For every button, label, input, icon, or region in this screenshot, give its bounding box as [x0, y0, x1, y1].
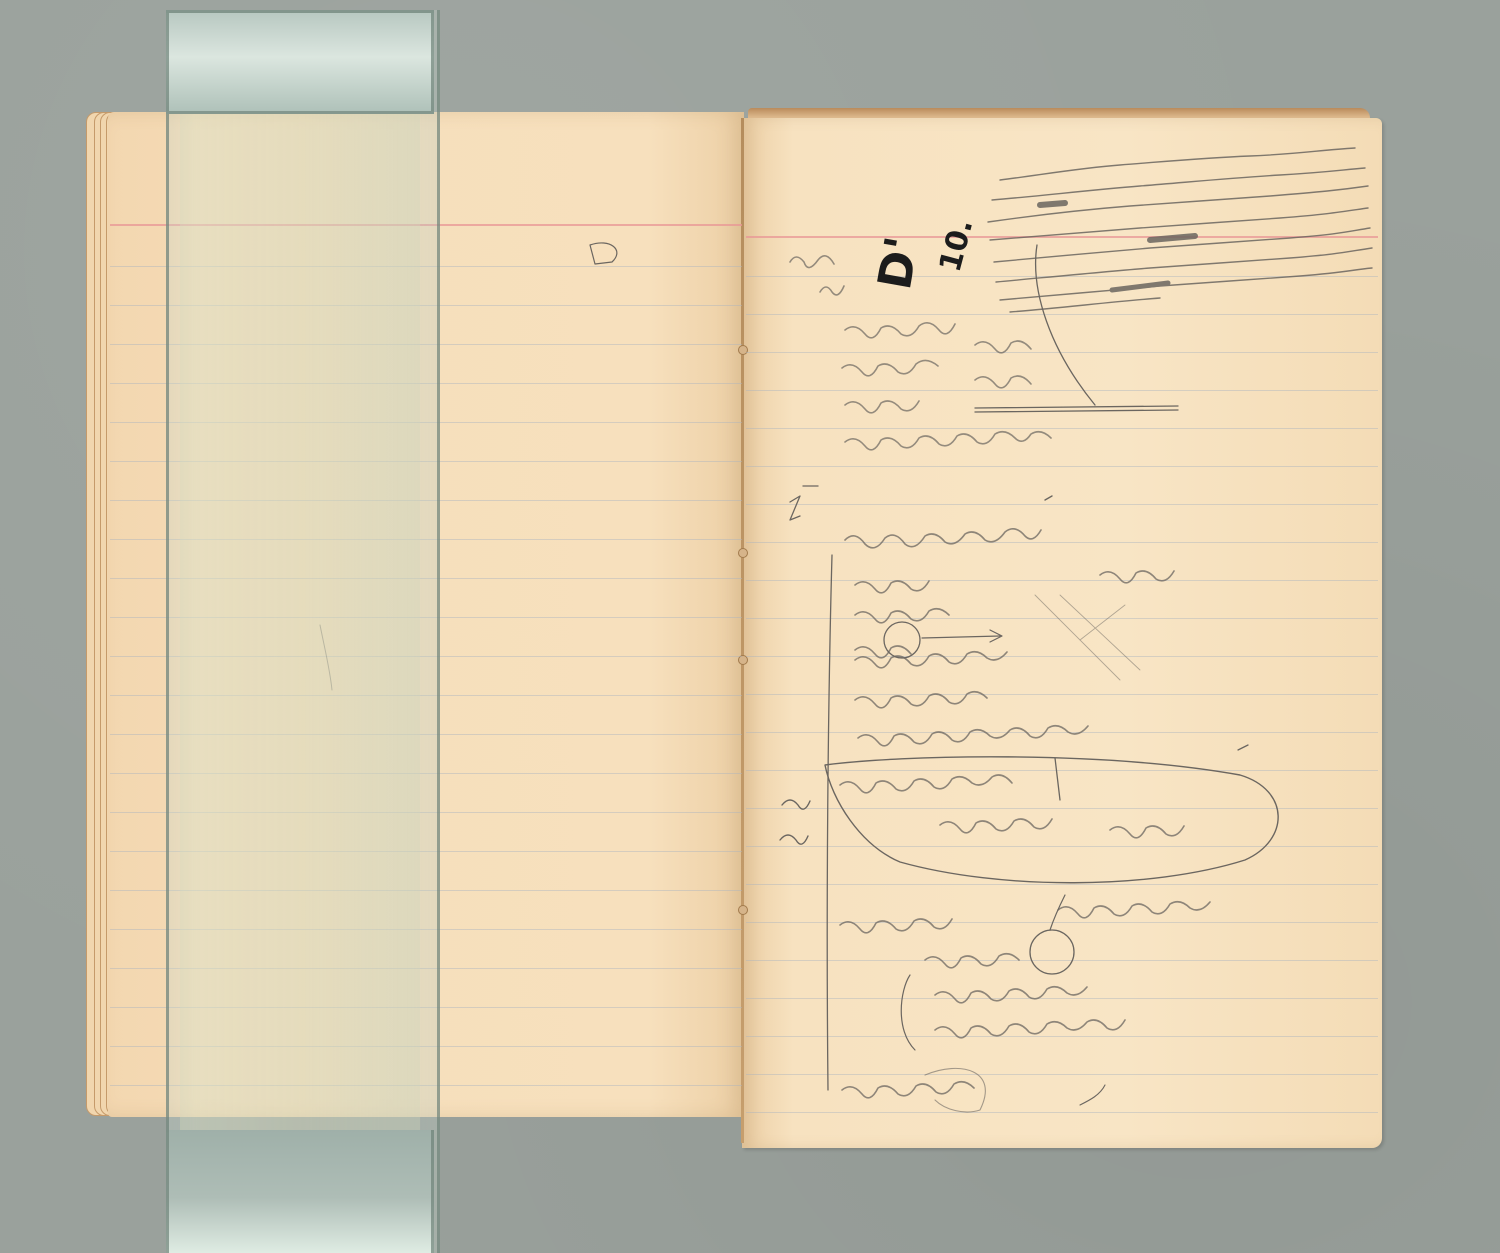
oval-notes — [840, 775, 1184, 838]
page-mark-letter: D' — [867, 233, 929, 294]
glass-weight-bottom — [166, 1130, 434, 1253]
glass-weight — [166, 10, 440, 1253]
glass-weight-top — [166, 10, 434, 114]
dense-notes-block — [988, 148, 1372, 312]
lower-notes — [840, 902, 1210, 1098]
middle-notes — [845, 529, 1174, 746]
